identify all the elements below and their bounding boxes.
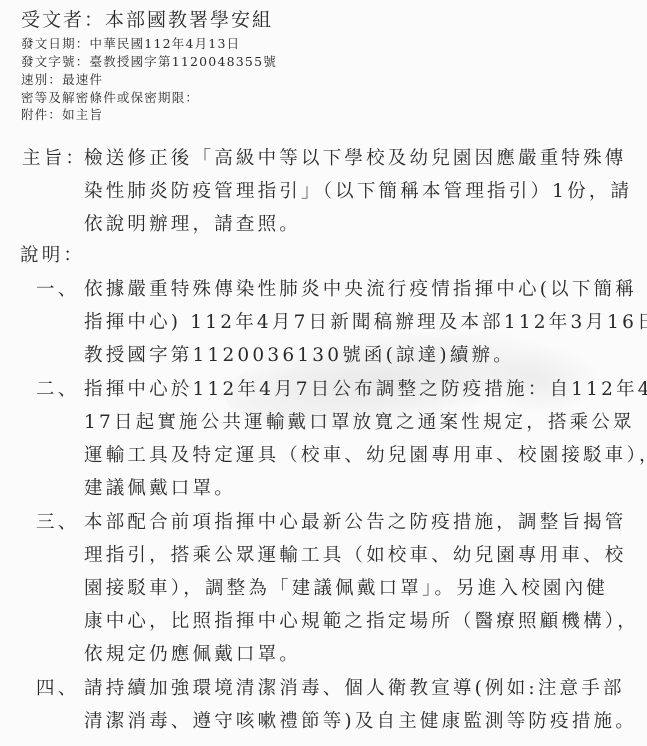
- item-text-line: 清潔消毒、遵守咳嗽禮節等)及自主健康監測等防疫措施。: [84, 710, 637, 734]
- item-text-line: 康中心，比照指揮中心規範之指定場所（醫療照顧機構），: [84, 610, 639, 634]
- item-text-line: 運輸工具及特定運具（校車、幼兒園專用車、校園接駁車），: [84, 444, 647, 468]
- item-text-line: 理指引，搭乘公眾運輸工具（如校車、幼兒園專用車、校: [84, 544, 627, 568]
- item-text-line: 建議佩戴口罩。: [84, 477, 236, 501]
- item-number: 三、: [36, 511, 79, 535]
- item-number: 一、: [36, 278, 79, 302]
- recipient-line: 受文者：本部國教署學安組: [21, 9, 273, 31]
- issue-date: 發文日期：中華民國112年4月13日: [21, 36, 240, 52]
- item-text-line: 依規定仍應佩戴口罩。: [84, 643, 301, 667]
- item-text-line: 本部配合前項指揮中心最新公告之防疫措施，調整旨揭管: [84, 511, 627, 535]
- document-number: 發文字號：臺教授國字第1120048355號: [21, 54, 277, 70]
- scanned-document-page: 受文者：本部國教署學安組 發文日期：中華民國112年4月13日 發文字號：臺教授…: [0, 0, 647, 746]
- item-number: 二、: [36, 378, 79, 402]
- explanation-label: 說明：: [20, 244, 85, 268]
- attachment-line: 附件：如主旨: [21, 107, 103, 123]
- item-text-line: 請持續加強環境清潔消毒、個人衛教宣導(例如:注意手部: [84, 677, 625, 701]
- item-text-line: 17日起實施公共運輸戴口罩放寬之通案性規定，搭乘公眾: [84, 411, 635, 435]
- subject-text-line: 檢送修正後「高級中等以下學校及幼兒園因應嚴重特殊傳: [84, 147, 627, 171]
- classification-line: 密等及解密條件或保密期限：: [21, 90, 199, 106]
- item-number: 四、: [36, 677, 79, 701]
- subject-label: 主旨：: [22, 147, 87, 171]
- urgency-level: 速別：最速件: [21, 72, 103, 88]
- subject-text-line: 染性肺炎防疫管理指引」（以下簡稱本管理指引）1份，請: [84, 180, 632, 204]
- item-text-line: 教授國字第1120036130號函(諒達)續辦。: [84, 344, 515, 368]
- item-text-line: 依據嚴重特殊傳染性肺炎中央流行疫情指揮中心(以下簡稱: [84, 278, 637, 302]
- item-text-line: 園接駁車），調整為「建議佩戴口罩」。另進入校園內健: [84, 577, 608, 601]
- item-text-line: 指揮中心於112年4月7日公布調整之防疫措施：自112年4月: [84, 378, 647, 402]
- item-text-line: 指揮中心) 112年4月7日新聞稿辦理及本部112年3月16日臺: [84, 311, 647, 335]
- subject-text-line: 依說明辦理，請查照。: [84, 213, 301, 237]
